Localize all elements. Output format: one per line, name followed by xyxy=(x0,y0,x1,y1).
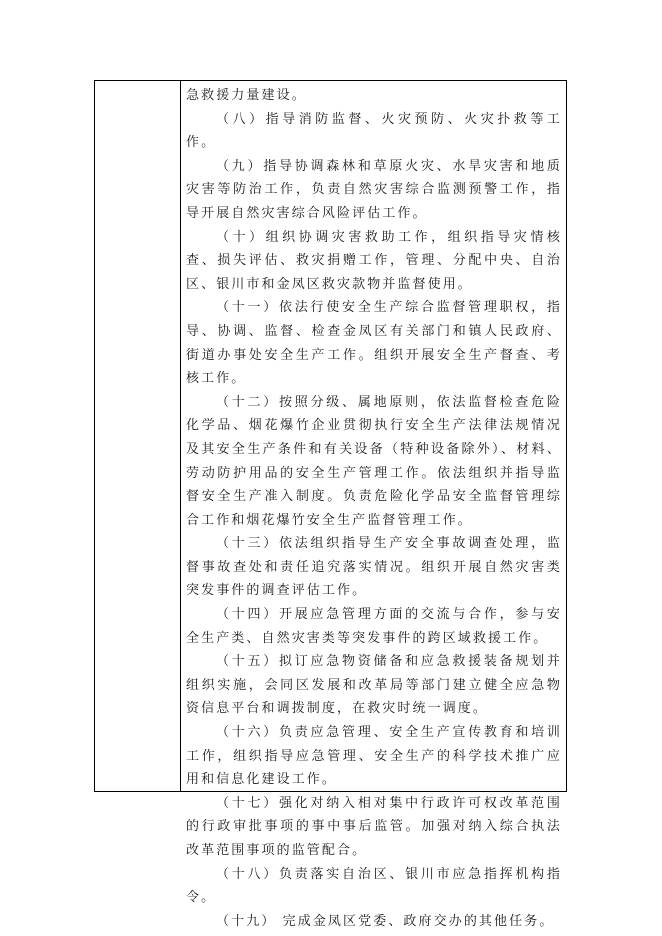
paragraph-item-15: （十五）拟订应急物资储备和应急救援装备规划并组织实施，会同区发展和改革局等部门建… xyxy=(186,650,562,721)
paragraph-item-18: （十八）负责落实自治区、银川市应急指挥机构指令。 xyxy=(186,863,562,910)
paragraph-item-10: （十）组织协调灾害救助工作，组织指导灾情核查、损失评估、救灾捐赠工作，管理、分配… xyxy=(186,226,562,297)
table-left-cell xyxy=(95,81,181,791)
paragraph-item-9: （九）指导协调森林和草原火灾、水旱灾害和地质灾害等防治工作，负责自然灾害综合监测… xyxy=(186,155,562,226)
paragraph-item-17: （十七）强化对纳入相对集中行政许可权改革范围的行政审批事项的事中事后监管。加强对… xyxy=(186,792,562,863)
paragraph-item-11: （十一）依法行使安全生产综合监督管理职权，指导、协调、监督、检查金凤区有关部门和… xyxy=(186,296,562,390)
paragraph-continuation: 急救援力量建设。 xyxy=(186,84,562,108)
paragraph-item-12: （十二）按照分级、属地原则，依法监督检查危险化学品、烟花爆竹企业贯彻执行安全生产… xyxy=(186,391,562,533)
paragraph-item-19: （十九） 完成金凤区党委、政府交办的其他任务。 xyxy=(186,910,562,934)
paragraph-item-14: （十四）开展应急管理方面的交流与合作，参与安全生产类、自然灾害类等突发事件的跨区… xyxy=(186,603,562,650)
paragraph-item-8: （八）指导消防监督、火灾预防、火灾扑救等工作。 xyxy=(186,108,562,155)
paragraph-item-16: （十六）负责应急管理、安全生产宣传教育和培训工作，组织指导应急管理、安全生产的科… xyxy=(186,721,562,792)
table-right-cell: 急救援力量建设。 （八）指导消防监督、火灾预防、火灾扑救等工作。 （九）指导协调… xyxy=(181,81,566,791)
paragraph-item-13: （十三）依法组织指导生产安全事故调查处理，监督事故查处和责任追究落实情况。组织开… xyxy=(186,532,562,603)
duties-table: 急救援力量建设。 （八）指导消防监督、火灾预防、火灾扑救等工作。 （九）指导协调… xyxy=(94,80,567,792)
